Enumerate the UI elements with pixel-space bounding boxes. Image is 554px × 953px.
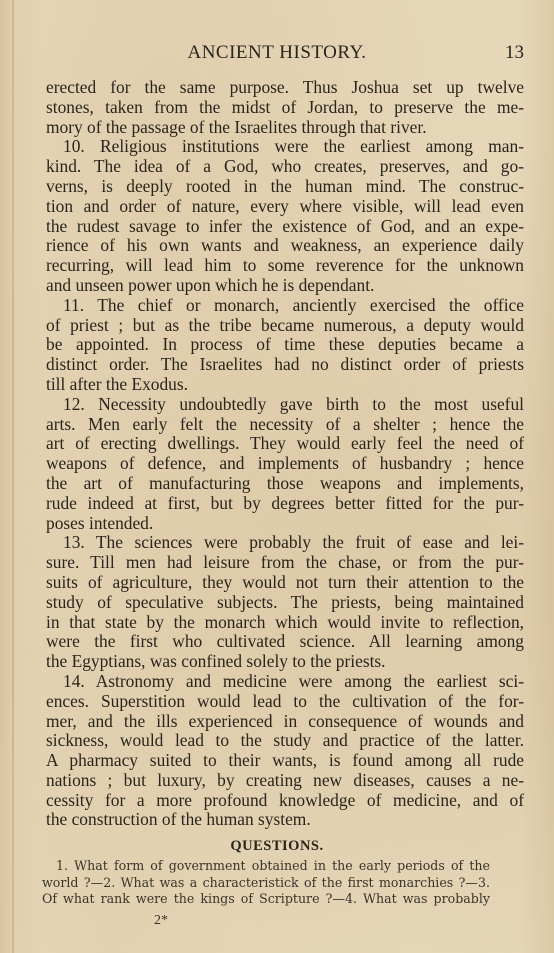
text-line: kind. The idea of a God, who creates, pr… xyxy=(46,157,524,177)
text-line: verns, is deeply rooted in the human min… xyxy=(46,177,524,197)
text-line: suits of agriculture, they would not tur… xyxy=(46,573,524,593)
paragraph-continuation: erected for the same purpose. Thus Joshu… xyxy=(46,78,524,137)
text-line: rude indeed at first, but by degrees bet… xyxy=(46,494,524,514)
text-line: distinct order. The Israelites had no di… xyxy=(46,355,524,375)
text-line: art of erecting dwellings. They would ea… xyxy=(46,434,524,454)
text-line: the construction of the human system. xyxy=(46,810,524,830)
question-line: 1. What form of government obtained in t… xyxy=(42,858,490,875)
text-line: the rudest savage to infer the existence… xyxy=(46,217,524,237)
body-text: erected for the same purpose. Thus Joshu… xyxy=(46,78,524,830)
text-line: were the first who cultivated science. A… xyxy=(46,632,524,652)
text-line: rience of his own wants and weakness, an… xyxy=(46,236,524,256)
book-page: ANCIENT HISTORY. 13 erected for the same… xyxy=(0,0,554,953)
text-line: stones, taken from the midst of Jordan, … xyxy=(46,98,524,118)
paragraph-10: 10. Religious institutions were the earl… xyxy=(46,137,524,295)
text-line: weapons of defence, and implements of hu… xyxy=(46,454,524,474)
text-line: 12. Necessity undoubtedly gave birth to … xyxy=(46,395,524,415)
text-line: till after the Exodus. xyxy=(46,375,524,395)
text-line: cessity for a more profound knowledge of… xyxy=(46,791,524,811)
paragraph-14: 14. Astronomy and medicine were among th… xyxy=(46,672,524,830)
text-line: 10. Religious institutions were the earl… xyxy=(46,137,524,157)
paragraph-11: 11. The chief or monarch, anciently exer… xyxy=(46,296,524,395)
paragraph-12: 12. Necessity undoubtedly gave birth to … xyxy=(46,395,524,534)
text-line: mory of the passage of the Israelites th… xyxy=(46,118,524,138)
paragraph-13: 13. The sciences were probably the fruit… xyxy=(46,533,524,672)
text-line: erected for the same purpose. Thus Joshu… xyxy=(46,78,524,98)
signature-mark: 2* xyxy=(154,913,168,929)
text-line: nations ; but luxury, by creating new di… xyxy=(46,771,524,791)
question-line: world ?—2. What was a characteristick of… xyxy=(42,875,490,892)
text-line: recurring, will lead him to some reveren… xyxy=(46,256,524,276)
question-line: Of what rank were the kings of Scripture… xyxy=(42,891,490,908)
text-line: A pharmacy suited to their wants, is fou… xyxy=(46,751,524,771)
text-line: 11. The chief or monarch, anciently exer… xyxy=(46,296,524,316)
text-line: be appointed. In process of time these d… xyxy=(46,335,524,355)
text-line: sickness, would lead to the study and pr… xyxy=(46,731,524,751)
text-line: poses intended. xyxy=(46,514,524,534)
text-line: arts. Men early felt the necessity of a … xyxy=(46,415,524,435)
text-line: of priest ; but as the tribe became nume… xyxy=(46,316,524,336)
text-line: the art of manufacturing those weapons a… xyxy=(46,474,524,494)
text-line: the Egyptians, was confined solely to th… xyxy=(46,652,524,672)
text-line: ences. Superstition would lead to the cu… xyxy=(46,692,524,712)
questions-heading: QUESTIONS. xyxy=(0,838,554,855)
text-line: tion and order of nature, every where vi… xyxy=(46,197,524,217)
text-line: and unseen power upon which he is depend… xyxy=(46,276,524,296)
page-header: ANCIENT HISTORY. 13 xyxy=(0,42,554,66)
text-line: 13. The sciences were probably the fruit… xyxy=(46,533,524,553)
text-line: in that state by the monarch which would… xyxy=(46,613,524,633)
text-line: mer, and the ills experienced in consequ… xyxy=(46,712,524,732)
text-line: sure. Till men had leisure from the chas… xyxy=(46,553,524,573)
questions-block: 1. What form of government obtained in t… xyxy=(42,858,490,908)
text-line: 14. Astronomy and medicine were among th… xyxy=(46,672,524,692)
text-line: study of speculative subjects. The pries… xyxy=(46,593,524,613)
page-number: 13 xyxy=(505,42,524,64)
running-title: ANCIENT HISTORY. xyxy=(0,42,554,64)
